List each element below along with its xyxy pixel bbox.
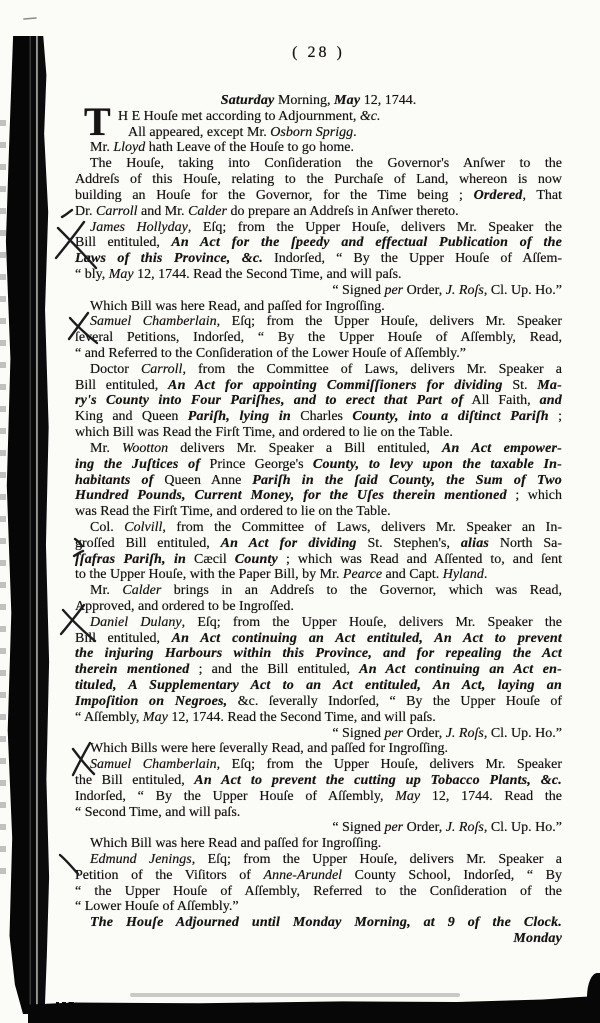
scan-edge-corner bbox=[587, 973, 600, 1007]
text-line: therein mentioned ; and the Bill entitul… bbox=[75, 662, 562, 678]
text-line: Saturday Morning, May 12, 1744. bbox=[75, 93, 562, 109]
page-text-block: Saturday Morning, May 12, 1744.H E Houſe… bbox=[75, 93, 562, 947]
text-line: Edmund Jenings, Eſq; from the Upper Houſ… bbox=[75, 852, 562, 868]
text-line: was Read the Firſt Time, and ordered to … bbox=[75, 504, 562, 520]
text-line: Dr. Carroll and Mr. Calder do prepare an… bbox=[75, 204, 562, 220]
text-line: “ Lower Houſe of Aſſembly.” bbox=[75, 899, 562, 915]
text-line: ſeveral Petitions, Indorſed, “ By the Up… bbox=[75, 330, 562, 346]
text-line: King and Queen Pariſh, lying in Charles … bbox=[75, 409, 562, 425]
scan-edge-bottom bbox=[28, 996, 600, 1023]
scanned-document-page: ( 28 ) T Saturday Morning, May 12, 1744.… bbox=[0, 0, 600, 1023]
text-line: Samuel Chamberlain, Eſq; from the Upper … bbox=[75, 314, 562, 330]
text-line: “ Signed per Order, J. Roſs, Cl. Up. Ho.… bbox=[75, 283, 562, 299]
text-line: ry's County into Four Pariſhes, and to e… bbox=[75, 393, 562, 409]
text-line: Hundred Pounds, Current Money, for the U… bbox=[75, 488, 562, 504]
text-line: Which Bill was here Read, and paſſed for… bbox=[75, 299, 562, 315]
text-line: The Houſe Adjourned until Monday Morning… bbox=[75, 915, 562, 931]
text-line: “ bly, May 12, 1744. Read the Second Tim… bbox=[75, 267, 562, 283]
text-line: Indorſed, “ By the Upper Houſe of Aſſemb… bbox=[75, 789, 562, 805]
pen-mark-dash bbox=[22, 9, 38, 27]
text-line: Bill entituled, An Act for appointing Co… bbox=[75, 378, 562, 394]
text-line: Petition of the Viſitors of Anne-Arundel… bbox=[75, 868, 562, 884]
text-line: The Houſe, taking into Conſideration the… bbox=[75, 156, 562, 172]
text-line: James Hollyday, Eſq; from the Upper Houſ… bbox=[75, 220, 562, 236]
text-line: Doctor Carroll, from the Committee of La… bbox=[75, 362, 562, 378]
text-line: Bill entituled, An Act continuing an Act… bbox=[75, 631, 562, 647]
text-line: groſſed Bill entituled, An Act for divid… bbox=[75, 536, 562, 552]
text-line: habitants of Queen Anne Pariſh in the ſa… bbox=[75, 473, 562, 489]
text-line: Mr. Lloyd hath Leave of the Houſe to go … bbox=[75, 140, 562, 156]
text-line: “ Second Time, and will paſs. bbox=[75, 805, 562, 821]
text-line: “ and Referred to the Conſideration of t… bbox=[75, 346, 562, 362]
pen-mark-x-mid bbox=[58, 602, 98, 649]
pen-mark-x-small bbox=[66, 310, 100, 351]
text-line: All appeared, except Mr. Osborn Sprigg. bbox=[75, 125, 562, 141]
text-line: Approved, and ordered to be Ingroſſed. bbox=[75, 599, 562, 615]
text-line: the Bill entituled, An Act to prevent th… bbox=[75, 773, 562, 789]
text-line: “ Signed per Order, J. Roſs, Cl. Up. Ho.… bbox=[75, 726, 562, 742]
text-line: Addreſs of this Houſe, relating to the P… bbox=[75, 172, 562, 188]
text-line: Impoſition on Negroes, &c. ſeverally Ind… bbox=[75, 694, 562, 710]
text-line: building an Houſe for the Governor, for … bbox=[75, 188, 562, 204]
text-line: ing the Juſtices of Prince George's Coun… bbox=[75, 457, 562, 473]
pen-mark-x-tall bbox=[70, 740, 96, 783]
text-line: Col. Colvill, from the Committee of Laws… bbox=[75, 520, 562, 536]
pen-mark-slash bbox=[56, 851, 82, 882]
book-binding-shadow bbox=[5, 36, 50, 1014]
text-line: Laws of this Province, &c. Indorſed, “ B… bbox=[75, 251, 562, 267]
text-line: the injuring Harbours within this Provin… bbox=[75, 646, 562, 662]
binding-speckle bbox=[0, 120, 6, 880]
text-line: which Bill was Read the Firſt Time, and … bbox=[75, 425, 562, 441]
text-line: Monday bbox=[75, 931, 562, 947]
text-line: Which Bills were here ſeverally Read, an… bbox=[75, 741, 562, 757]
pen-mark-ticks bbox=[71, 535, 87, 564]
text-line: H E Houſe met according to Adjournment, … bbox=[75, 109, 562, 125]
text-line: “ the Upper Houſe of Aſſembly, Referred … bbox=[75, 884, 562, 900]
text-line: ſſafras Pariſh, in Cæcil County ; which … bbox=[75, 552, 562, 568]
text-line: tituled, A Supplementary Act to an Act e… bbox=[75, 678, 562, 694]
text-line: “ Aſſembly, May 12, 1744. Read the Secon… bbox=[75, 710, 562, 726]
text-line: Mr. Calder brings in an Addreſs to the G… bbox=[75, 583, 562, 599]
text-line: Mr. Wootton delivers Mr. Speaker a Bill … bbox=[75, 441, 562, 457]
text-line: Samuel Chamberlain, Eſq; from the Upper … bbox=[75, 757, 562, 773]
text-line: to the Upper Houſe, with the Paper Bill,… bbox=[75, 567, 562, 583]
page-number: ( 28 ) bbox=[75, 44, 562, 62]
text-line: Daniel Dulany, Eſq; from the Upper Houſe… bbox=[75, 615, 562, 631]
pen-mark-x-large bbox=[52, 218, 100, 277]
text-line: “ Signed per Order, J. Roſs, Cl. Up. Ho.… bbox=[75, 820, 562, 836]
text-line: Which Bill was here Read and paſſed for … bbox=[75, 836, 562, 852]
scan-smear bbox=[130, 993, 460, 997]
text-line: Bill entituled, An Act for the ſpeedy an… bbox=[75, 235, 562, 251]
